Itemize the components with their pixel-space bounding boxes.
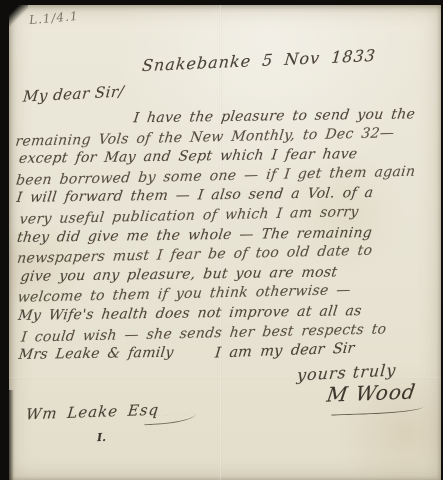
archival-reference: L.1/4.1	[28, 9, 79, 27]
letter-addressee: Wm Leake Esq	[25, 401, 160, 424]
letter-body: I have the pleasure to send you the rema…	[15, 105, 437, 366]
scan-edge-shadow-top-left	[0, 0, 28, 34]
letter-dateline: Snakebanke 5 Nov 1833	[141, 46, 377, 75]
pencil-note: I.	[97, 431, 106, 444]
letter-paper: L.1/4.1 Snakebanke 5 Nov 1833 My dear Si…	[9, 5, 441, 480]
scan-edge-shadow-bottom-left	[0, 390, 14, 480]
addressee-flourish	[144, 414, 196, 426]
letter-signature: M Wood	[325, 379, 417, 406]
scanned-letter-page: { "document": { "type": "handwritten-let…	[0, 0, 443, 480]
signature-flourish	[331, 405, 423, 415]
letter-salutation: My dear Sir/	[22, 82, 125, 105]
